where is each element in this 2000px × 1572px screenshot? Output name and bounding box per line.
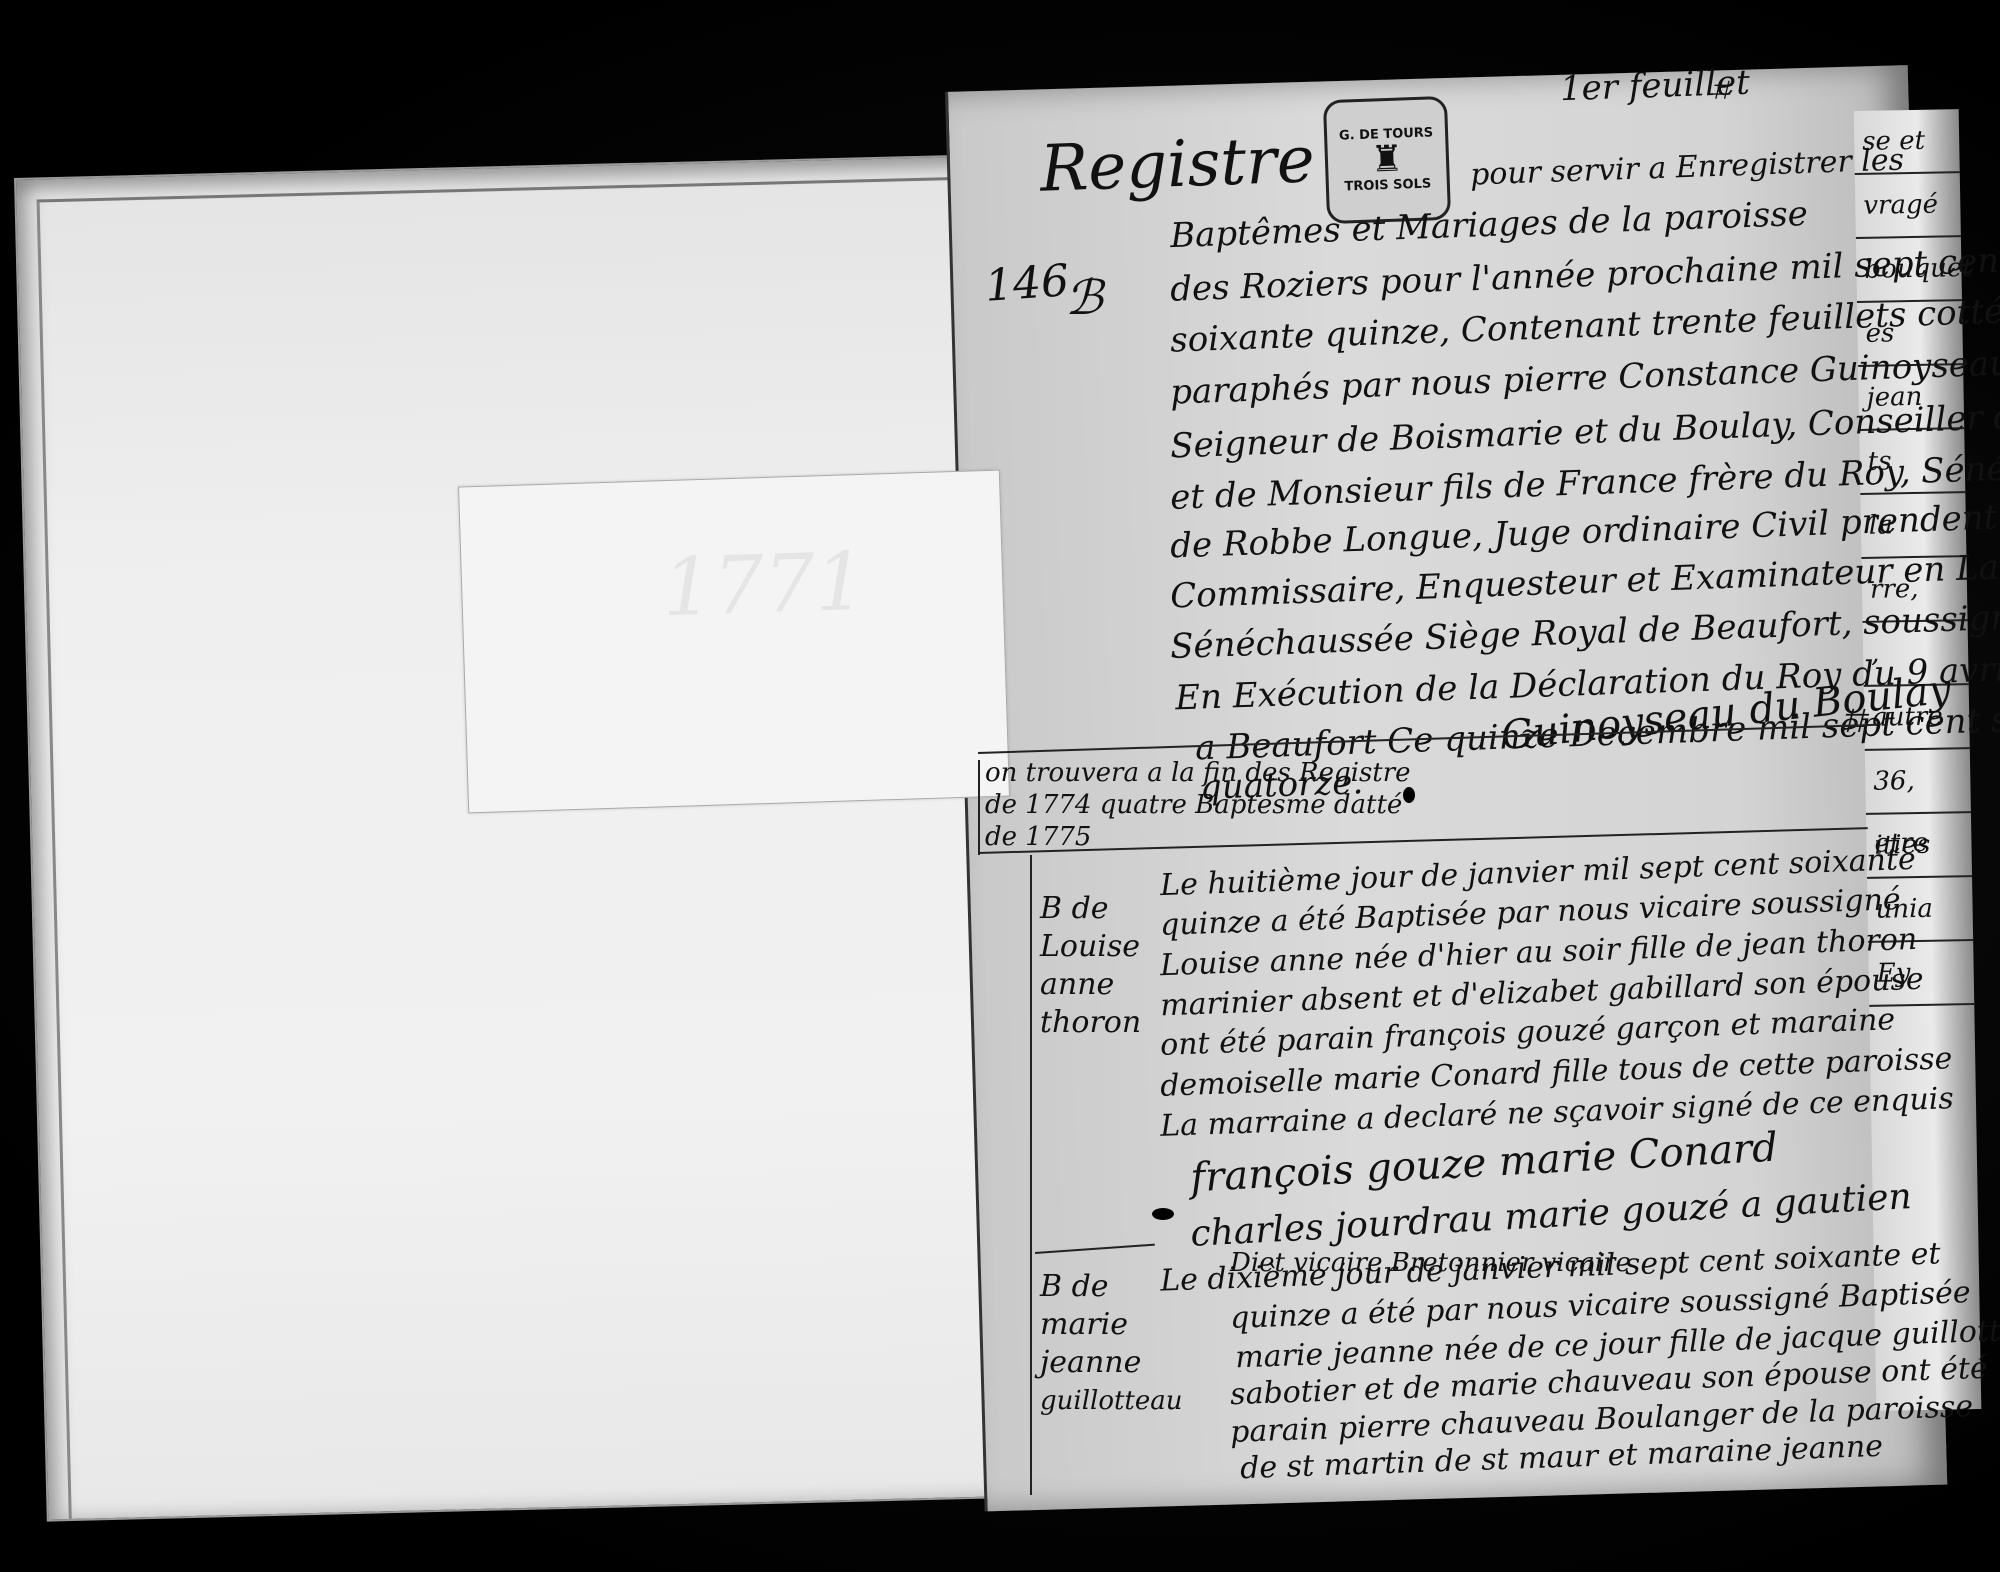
ink-blot [1152, 1208, 1174, 1220]
seal-bottom-text: TROIS SOLS [1344, 176, 1431, 194]
margin-label-line: anne [1040, 966, 1114, 1004]
margin-label-line: thoron [1040, 1004, 1141, 1042]
note-line: de 1774 quatre Baptesme datté [985, 790, 1402, 820]
pasted-paper-slip: 1771 [458, 470, 1010, 814]
margin-label-line: Louise [1040, 928, 1140, 966]
margin-label-line: guillotteau [1040, 1382, 1183, 1420]
faint-bleedthrough-mark: 1771 [661, 535, 867, 634]
margin-label-line: marie [1040, 1306, 1128, 1344]
note-border [978, 760, 980, 855]
left-page-inner-border [37, 177, 999, 1519]
note-line: de 1775 [985, 822, 1091, 852]
paraph-mark: ℬ [1065, 270, 1103, 326]
tower-emblem-icon: ♜ [1370, 141, 1404, 178]
left-blank-page [14, 155, 1001, 1522]
margin-rule [1030, 855, 1032, 1495]
folio-number: 146 [983, 255, 1070, 312]
stamp-seal: G. DE TOURS ♜ TROIS SOLS [1323, 96, 1451, 224]
paraph-mark: ⌗ [1840, 695, 1865, 746]
note-line: on trouvera a la fin des Registre [985, 758, 1411, 788]
edge-fragment: vragé [1855, 173, 1961, 239]
margin-label-line: B de [1040, 1268, 1109, 1306]
ink-blot [1403, 787, 1415, 803]
edge-fragment: 36, etre [1865, 749, 1971, 815]
margin-label-line: jeanne [1040, 1344, 1141, 1382]
paraph-mark-top: ⌗ [1710, 70, 1729, 110]
heading-registre: Registre [1039, 123, 1316, 207]
margin-label-line: B de [1040, 890, 1109, 928]
